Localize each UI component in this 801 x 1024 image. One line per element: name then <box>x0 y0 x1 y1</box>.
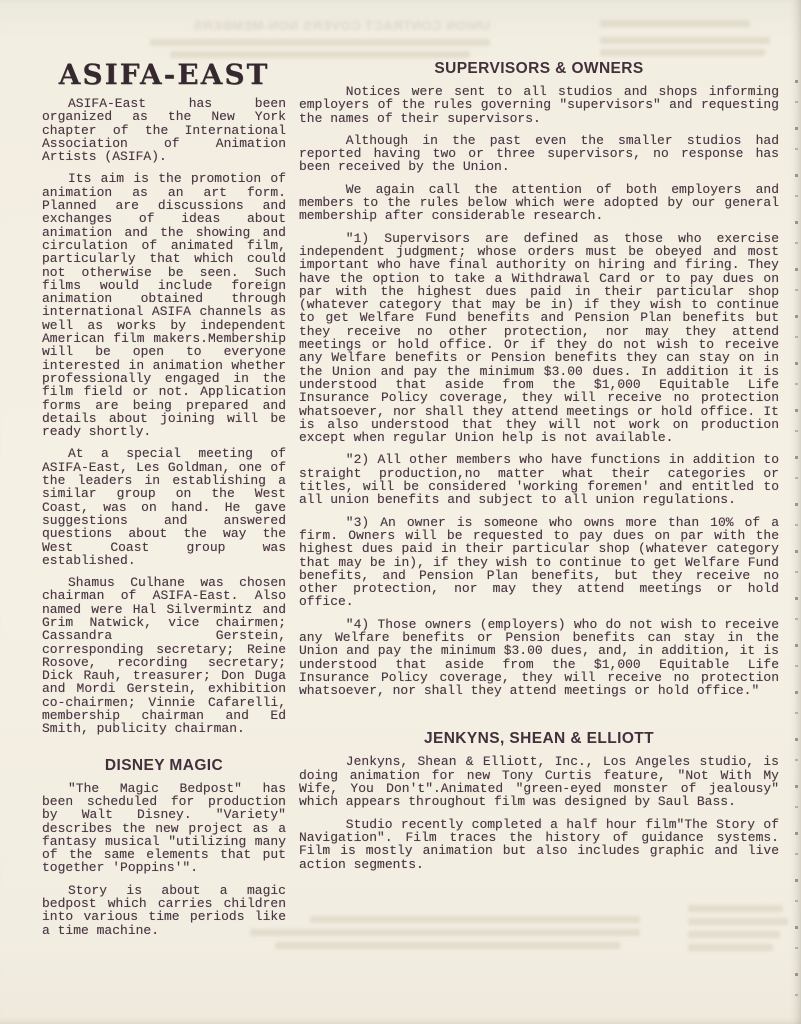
section-heading-supervisors-owners: SUPERVISORS & OWNERS <box>299 60 779 77</box>
article-body: "The Magic Bedpost" has been scheduled f… <box>42 782 286 937</box>
paragraph: Its aim is the promotion of animation as… <box>42 172 286 438</box>
paragraph: Jenkyns, Shean & Elliott, Inc., Los Ange… <box>299 755 779 808</box>
article-body: Notices were sent to all studios and sho… <box>299 85 779 697</box>
section-heading-jenkyns-shean-elliott: JENKYNS, SHEAN & ELLIOTT <box>299 730 779 747</box>
paragraph: We again call the attention of both empl… <box>299 183 779 223</box>
paragraph: Story is about a magic bedpost which car… <box>42 884 286 937</box>
paragraph: "2) All other members who have functions… <box>299 453 779 506</box>
section-asifa-east: ASIFA-EAST ASIFA-East has been organized… <box>42 60 286 736</box>
paragraph: "4) Those owners (employers) who do not … <box>299 618 779 698</box>
section-supervisors-owners: SUPERVISORS & OWNERS Notices were sent t… <box>299 60 779 697</box>
scanned-newsletter-page: UNION CONTRACT COVERS NON-MEMBERS ASIFA-… <box>0 0 801 1024</box>
page-edge-scan-marks <box>795 80 798 1020</box>
paragraph: Studio recently completed a half hour fi… <box>299 818 779 871</box>
right-column: SUPERVISORS & OWNERS Notices were sent t… <box>299 60 779 946</box>
bleed-through-top-right <box>600 20 770 56</box>
left-column: ASIFA-EAST ASIFA-East has been organized… <box>42 60 286 946</box>
section-heading-disney-magic: DISNEY MAGIC <box>42 757 286 774</box>
bleed-through-smudge <box>600 37 770 44</box>
bleed-through-mirrored-text: UNION CONTRACT COVERS NON-MEMBERS <box>150 18 490 33</box>
bleed-through-smudge <box>170 51 470 58</box>
paragraph: Shamus Culhane was chosen chairman of AS… <box>42 576 286 736</box>
paragraph: "The Magic Bedpost" has been scheduled f… <box>42 782 286 875</box>
section-disney-magic: DISNEY MAGIC "The Magic Bedpost" has bee… <box>42 757 286 937</box>
section-jenkyns-shean-elliott: JENKYNS, SHEAN & ELLIOTT Jenkyns, Shean … <box>299 730 779 870</box>
paragraph: Notices were sent to all studios and sho… <box>299 85 779 125</box>
bleed-through-smudge <box>150 39 490 46</box>
article-title-asifa-east: ASIFA-EAST <box>42 60 286 90</box>
paragraph: At a special meeting of ASIFA-East, Les … <box>42 447 286 567</box>
paragraph: Although in the past even the smaller st… <box>299 134 779 174</box>
paragraph: "3) An owner is someone who owns more th… <box>299 516 779 609</box>
two-column-layout: ASIFA-EAST ASIFA-East has been organized… <box>42 60 779 946</box>
bleed-through-smudge <box>600 49 765 56</box>
bleed-through-smudge <box>600 20 750 27</box>
article-body: ASIFA-East has been organized as the New… <box>42 97 286 736</box>
paragraph: "1) Supervisors are defined as those who… <box>299 232 779 445</box>
bleed-through-top-heading: UNION CONTRACT COVERS NON-MEMBERS <box>150 18 490 58</box>
paragraph: ASIFA-East has been organized as the New… <box>42 97 286 163</box>
article-body: Jenkyns, Shean & Elliott, Inc., Los Ange… <box>299 755 779 870</box>
